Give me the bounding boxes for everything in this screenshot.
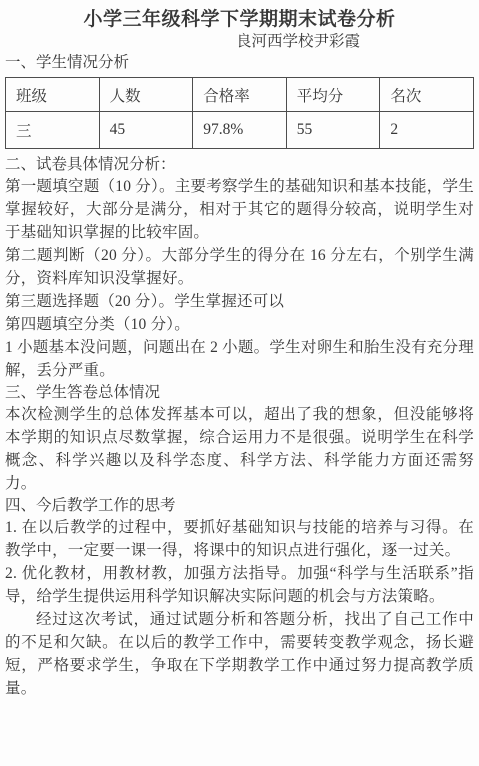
- student-stats-table: 班级 人数 合格率 平均分 名次 三 45 97.8% 55 2: [5, 77, 474, 149]
- paragraph-question-4: 第四题填空分类（10 分）。: [5, 313, 474, 336]
- section-4-heading: 四、今后教学工作的思考: [5, 495, 474, 516]
- table-header-count: 人数: [99, 78, 193, 112]
- table-cell-rank: 2: [380, 112, 474, 149]
- paragraph-question-4-note: 1 小题基本没问题，问题出在 2 小题。学生对卵生和胎生没有充分理解，丢分严重。: [5, 336, 474, 382]
- table-header-pass-rate: 合格率: [193, 78, 287, 112]
- paragraph-overall-performance: 本次检测学生的总体发挥基本可以，超出了我的想象，但没能够将本学期的知识点尽数掌握…: [5, 403, 474, 495]
- table-cell-class: 三: [6, 112, 100, 149]
- table-header-rank: 名次: [380, 78, 474, 112]
- table-header-class: 班级: [6, 78, 100, 112]
- table-cell-pass-rate: 97.8%: [193, 112, 287, 149]
- paragraph-question-3: 第三题选择题（20 分）。学生掌握还可以: [5, 290, 474, 313]
- author-line: 良河西学校尹彩霞: [5, 32, 474, 52]
- paragraph-closing: 经过这次考试，通过试题分析和答题分析，找出了自己工作中的不足和欠缺。在以后的教学…: [5, 608, 474, 700]
- section-3-heading: 三、学生答卷总体情况: [5, 382, 474, 403]
- table-header-row: 班级 人数 合格率 平均分 名次: [6, 78, 474, 112]
- document-title: 小学三年级科学下学期期末试卷分析: [5, 7, 474, 32]
- section-1-heading: 一、学生情况分析: [5, 52, 474, 73]
- table-data-row: 三 45 97.8% 55 2: [6, 112, 474, 149]
- paragraph-plan-item-1: 1. 在以后教学的过程中，要抓好基础知识与技能的培养与习得。在教学中，一定要一课…: [5, 516, 474, 562]
- table-cell-average: 55: [286, 112, 380, 149]
- table-cell-count: 45: [99, 112, 193, 149]
- paragraph-plan-item-2: 2. 优化教材，用教材教，加强方法指导。加强“科学与生活联系”指导，给学生提供运…: [5, 562, 474, 608]
- paragraph-question-1: 第一题填空题（10 分）。主要考察学生的基础知识和基本技能，学生掌握较好，大部分…: [5, 175, 474, 244]
- table-header-average: 平均分: [286, 78, 380, 112]
- document-page: 小学三年级科学下学期期末试卷分析 良河西学校尹彩霞 一、学生情况分析 班级 人数…: [0, 0, 479, 766]
- section-2-heading: 二、试卷具体情况分析：: [5, 154, 474, 175]
- paragraph-question-2: 第二题判断（20 分）。大部分学生的得分在 16 分左右，个别学生满分，资料库知…: [5, 244, 474, 290]
